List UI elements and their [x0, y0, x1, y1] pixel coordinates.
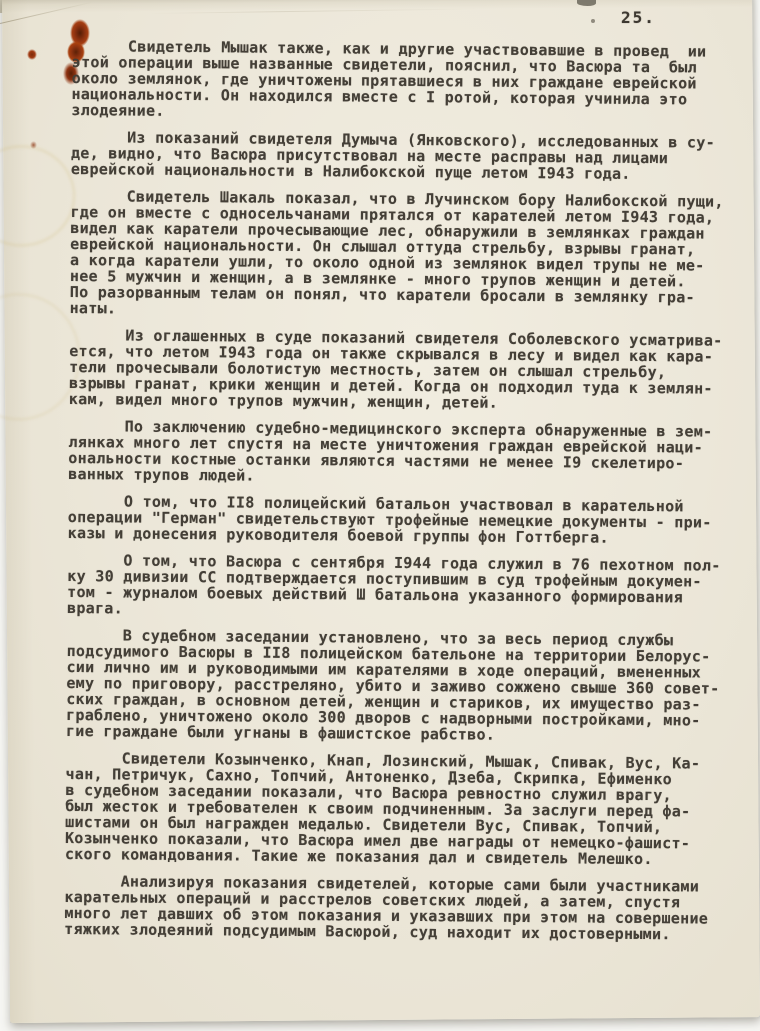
scanned-document-page: 25. Свидетель Мышак также, как и другие …: [0, 0, 760, 1031]
paragraph: Свидетель Мышак также, как и другие учас…: [71, 38, 737, 124]
ink-stain: [30, 141, 37, 149]
paragraph: По заключению судебно-медицинского экспе…: [68, 418, 734, 488]
text-line: тяжких злодеяний подсудимым Васюрой, суд…: [64, 921, 729, 943]
ink-stain: [27, 49, 37, 60]
water-stain-ring: [0, 144, 76, 247]
paragraph: Из оглашенных в суде показаний свидетеля…: [69, 327, 735, 413]
scan-artifact-mark: [577, 0, 596, 6]
paragraph: Из показаний свидетеля Думыча (Янковског…: [71, 129, 736, 183]
paragraph: Анализируя показания свидетелей, которые…: [64, 873, 730, 943]
paragraph: О том, что II8 полицейский батальон учас…: [68, 493, 733, 547]
paragraph: В судебном заседании установлено, что за…: [66, 627, 732, 745]
speck: [591, 19, 595, 23]
paragraph: Свидетели Козынченко, Кнап, Лозинский, М…: [65, 750, 731, 868]
paragraph: О том, что Васюра с сентября I944 года с…: [67, 552, 733, 622]
page-number: 25.: [621, 8, 656, 27]
paragraph: Свидетель Шакаль показал, что в Лучинско…: [70, 188, 736, 322]
document-text: Свидетель Мышак также, как и другие учас…: [64, 38, 737, 954]
text-line: ского командования. Такие же показания д…: [65, 846, 730, 868]
